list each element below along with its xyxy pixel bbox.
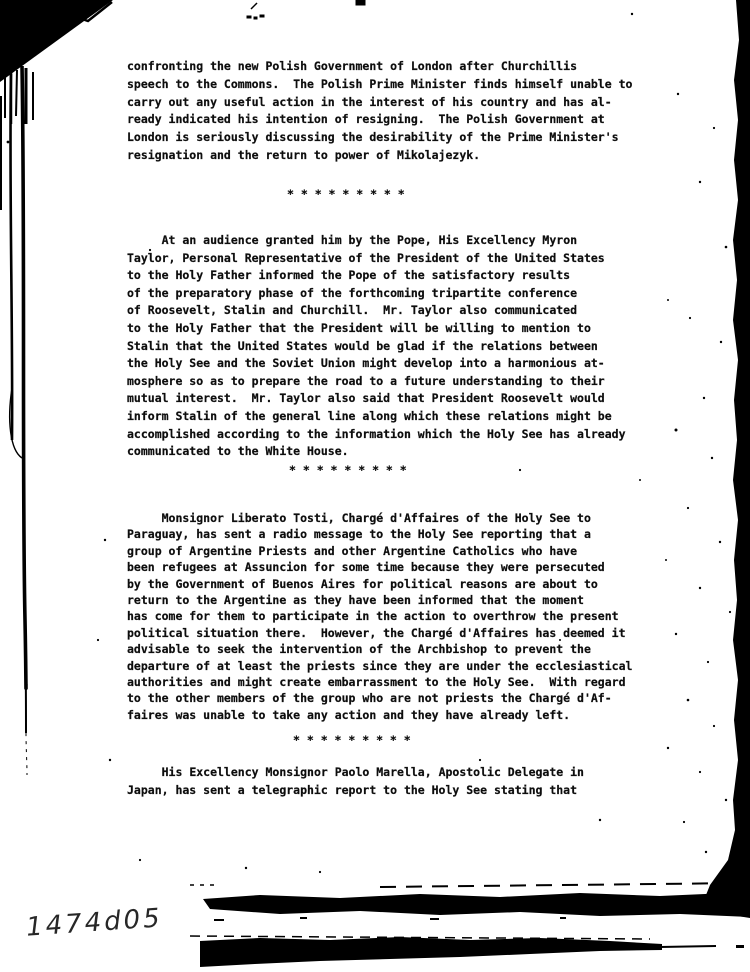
bottom-scan-bar-upper [203,892,750,921]
paragraph-marella-japan: His Excellency Monsignor Paolo Marella, … [127,763,699,799]
scanned-document-page: confronting the new Polish Government of… [0,0,750,972]
paragraph-tosti-paraguay: Monsignor Liberato Tosti, Chargé d'Affai… [127,510,699,723]
left-edge-scan-lines [10,66,27,775]
paragraph-polish-government: confronting the new Polish Government of… [127,58,699,165]
asterisk-divider: * * * * * * * * * [287,187,405,201]
left-edge-binding-artifact [1,68,33,210]
noise-specks-top [247,0,365,19]
asterisk-divider: * * * * * * * * * [293,733,411,747]
corner-fold-artifact [0,0,113,82]
dashed-scan-line [190,883,748,887]
handwritten-annotation: 1474d05 [25,903,164,942]
asterisk-divider: * * * * * * * * * [289,463,407,477]
bottom-scan-bar-lower [190,936,744,967]
paragraph-taylor-audience: At an audience granted him by the Pope, … [127,232,699,461]
right-edge-scan-strip [700,0,750,918]
